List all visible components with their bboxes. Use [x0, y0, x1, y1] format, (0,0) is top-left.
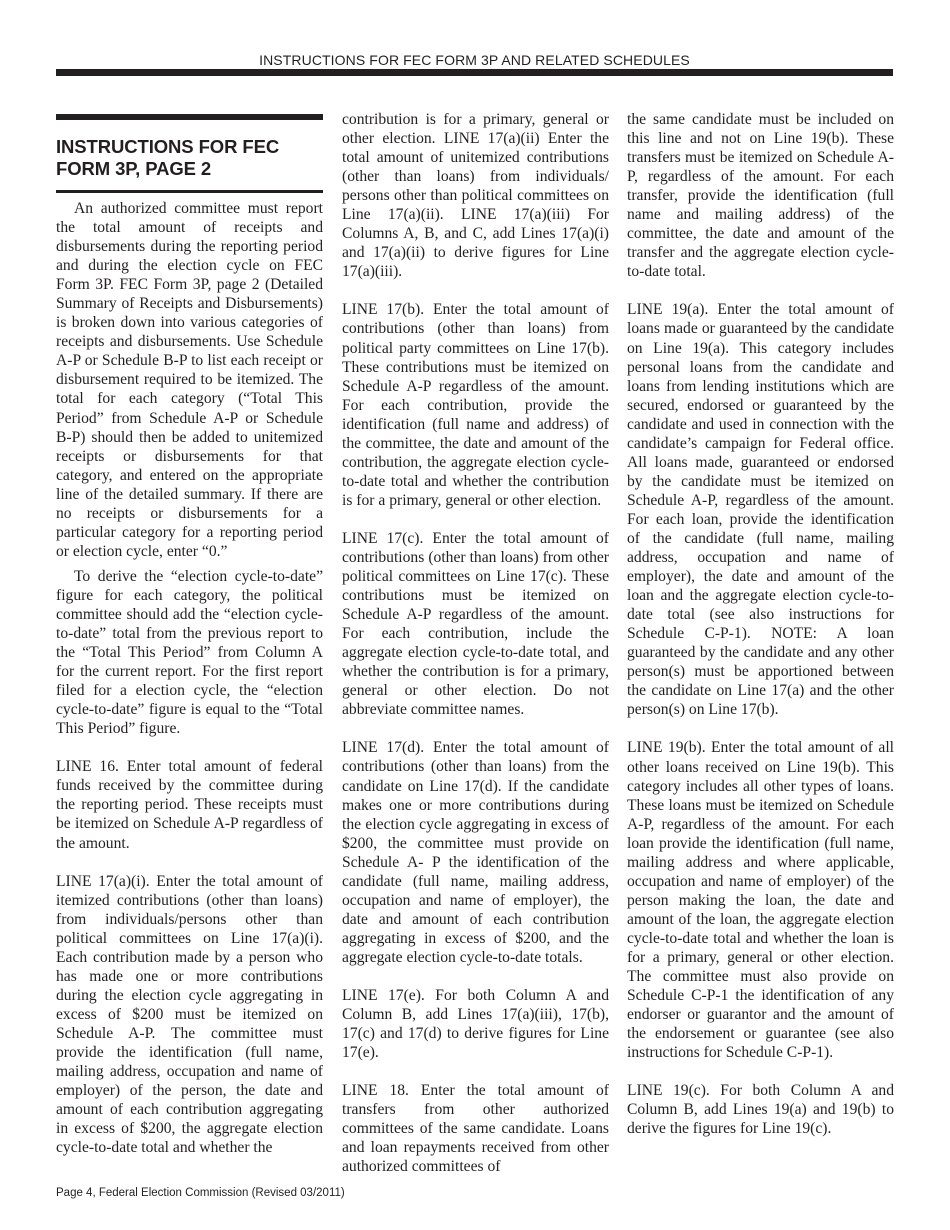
intro-paragraph-2: To derive the “election cycle-to-date” f… — [56, 567, 323, 738]
line-17a-i-paragraph: LINE 17(a)(i). Enter the total amount of… — [56, 872, 323, 1158]
line-17e-paragraph: LINE 17(e). For both Column A and Column… — [342, 986, 609, 1062]
line-18-continued-paragraph: the same candidate must be included on t… — [627, 110, 894, 281]
title-rule-top — [56, 114, 323, 120]
line-17a-i-continued-paragraph: contribution is for a primary, general o… — [342, 110, 609, 281]
intro-paragraph-1: An authorized committee must report the … — [56, 199, 323, 561]
section-title: INSTRUCTIONS FOR FEC FORM 3P, PAGE 2 — [56, 136, 323, 180]
line-17b-paragraph: LINE 17(b). Enter the total amount of co… — [342, 300, 609, 510]
column-2: contribution is for a primary, general o… — [342, 110, 609, 1176]
column-3: the same candidate must be included on t… — [627, 110, 894, 1138]
line-17d-paragraph: LINE 17(d). Enter the total amount of co… — [342, 738, 609, 967]
line-16-paragraph: LINE 16. Enter total amount of federal f… — [56, 757, 323, 852]
line-17c-paragraph: LINE 17(c). Enter the total amount of co… — [342, 529, 609, 719]
line-19b-paragraph: LINE 19(b). Enter the total amount of al… — [627, 738, 894, 1062]
line-18-paragraph: LINE 18. Enter the total amount of trans… — [342, 1081, 609, 1176]
line-19a-paragraph: LINE 19(a). Enter the total amount of lo… — [627, 300, 894, 719]
line-19c-paragraph: LINE 19(c). For both Column A and Column… — [627, 1081, 894, 1138]
title-rule-bottom — [56, 190, 323, 193]
running-header: INSTRUCTIONS FOR FEC FORM 3P AND RELATED… — [56, 52, 893, 68]
page-footer: Page 4, Federal Election Commission (Rev… — [56, 1187, 345, 1199]
column-1: INSTRUCTIONS FOR FEC FORM 3P, PAGE 2 An … — [56, 110, 323, 1157]
header-rule — [56, 69, 893, 76]
